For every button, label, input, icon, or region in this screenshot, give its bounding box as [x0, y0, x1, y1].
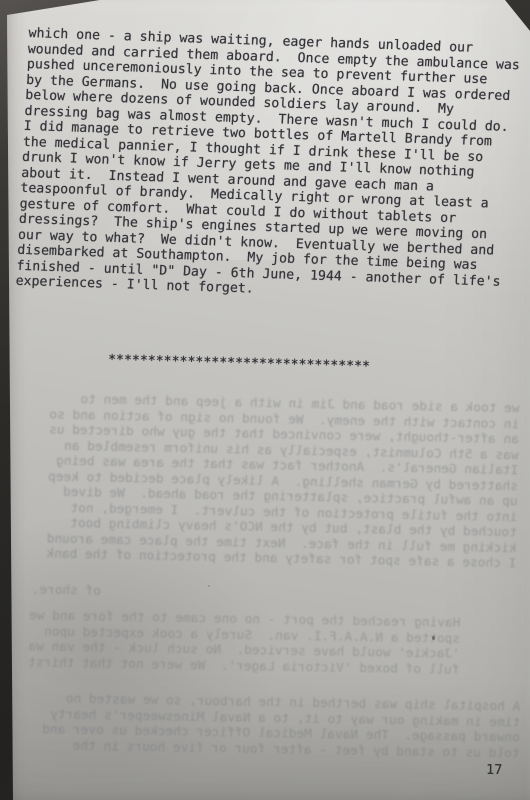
bleed-through-text-block: we took a side road and Jim in with a je…: [10, 391, 519, 572]
bleed-through-text-block: A hospital ship was berthed in the harbo…: [11, 691, 520, 762]
paper-page: we took a side road and Jim in with a je…: [0, 0, 530, 800]
photo-background: we took a side road and Jim in with a je…: [0, 0, 530, 800]
bleed-through-text-fragment: of shore.: [15, 582, 101, 599]
asterisk-divider: *********************************: [108, 353, 370, 375]
bleed-through-line: of shore.: [15, 582, 101, 599]
page-number: 17: [486, 762, 502, 778]
bleed-through-text-block: Having reached the port - no one came to…: [27, 608, 460, 678]
typed-text-block: which one - a ship was waiting, eager ha…: [15, 26, 530, 306]
paper-speck: [208, 585, 210, 587]
paper-speck: [432, 636, 435, 640]
